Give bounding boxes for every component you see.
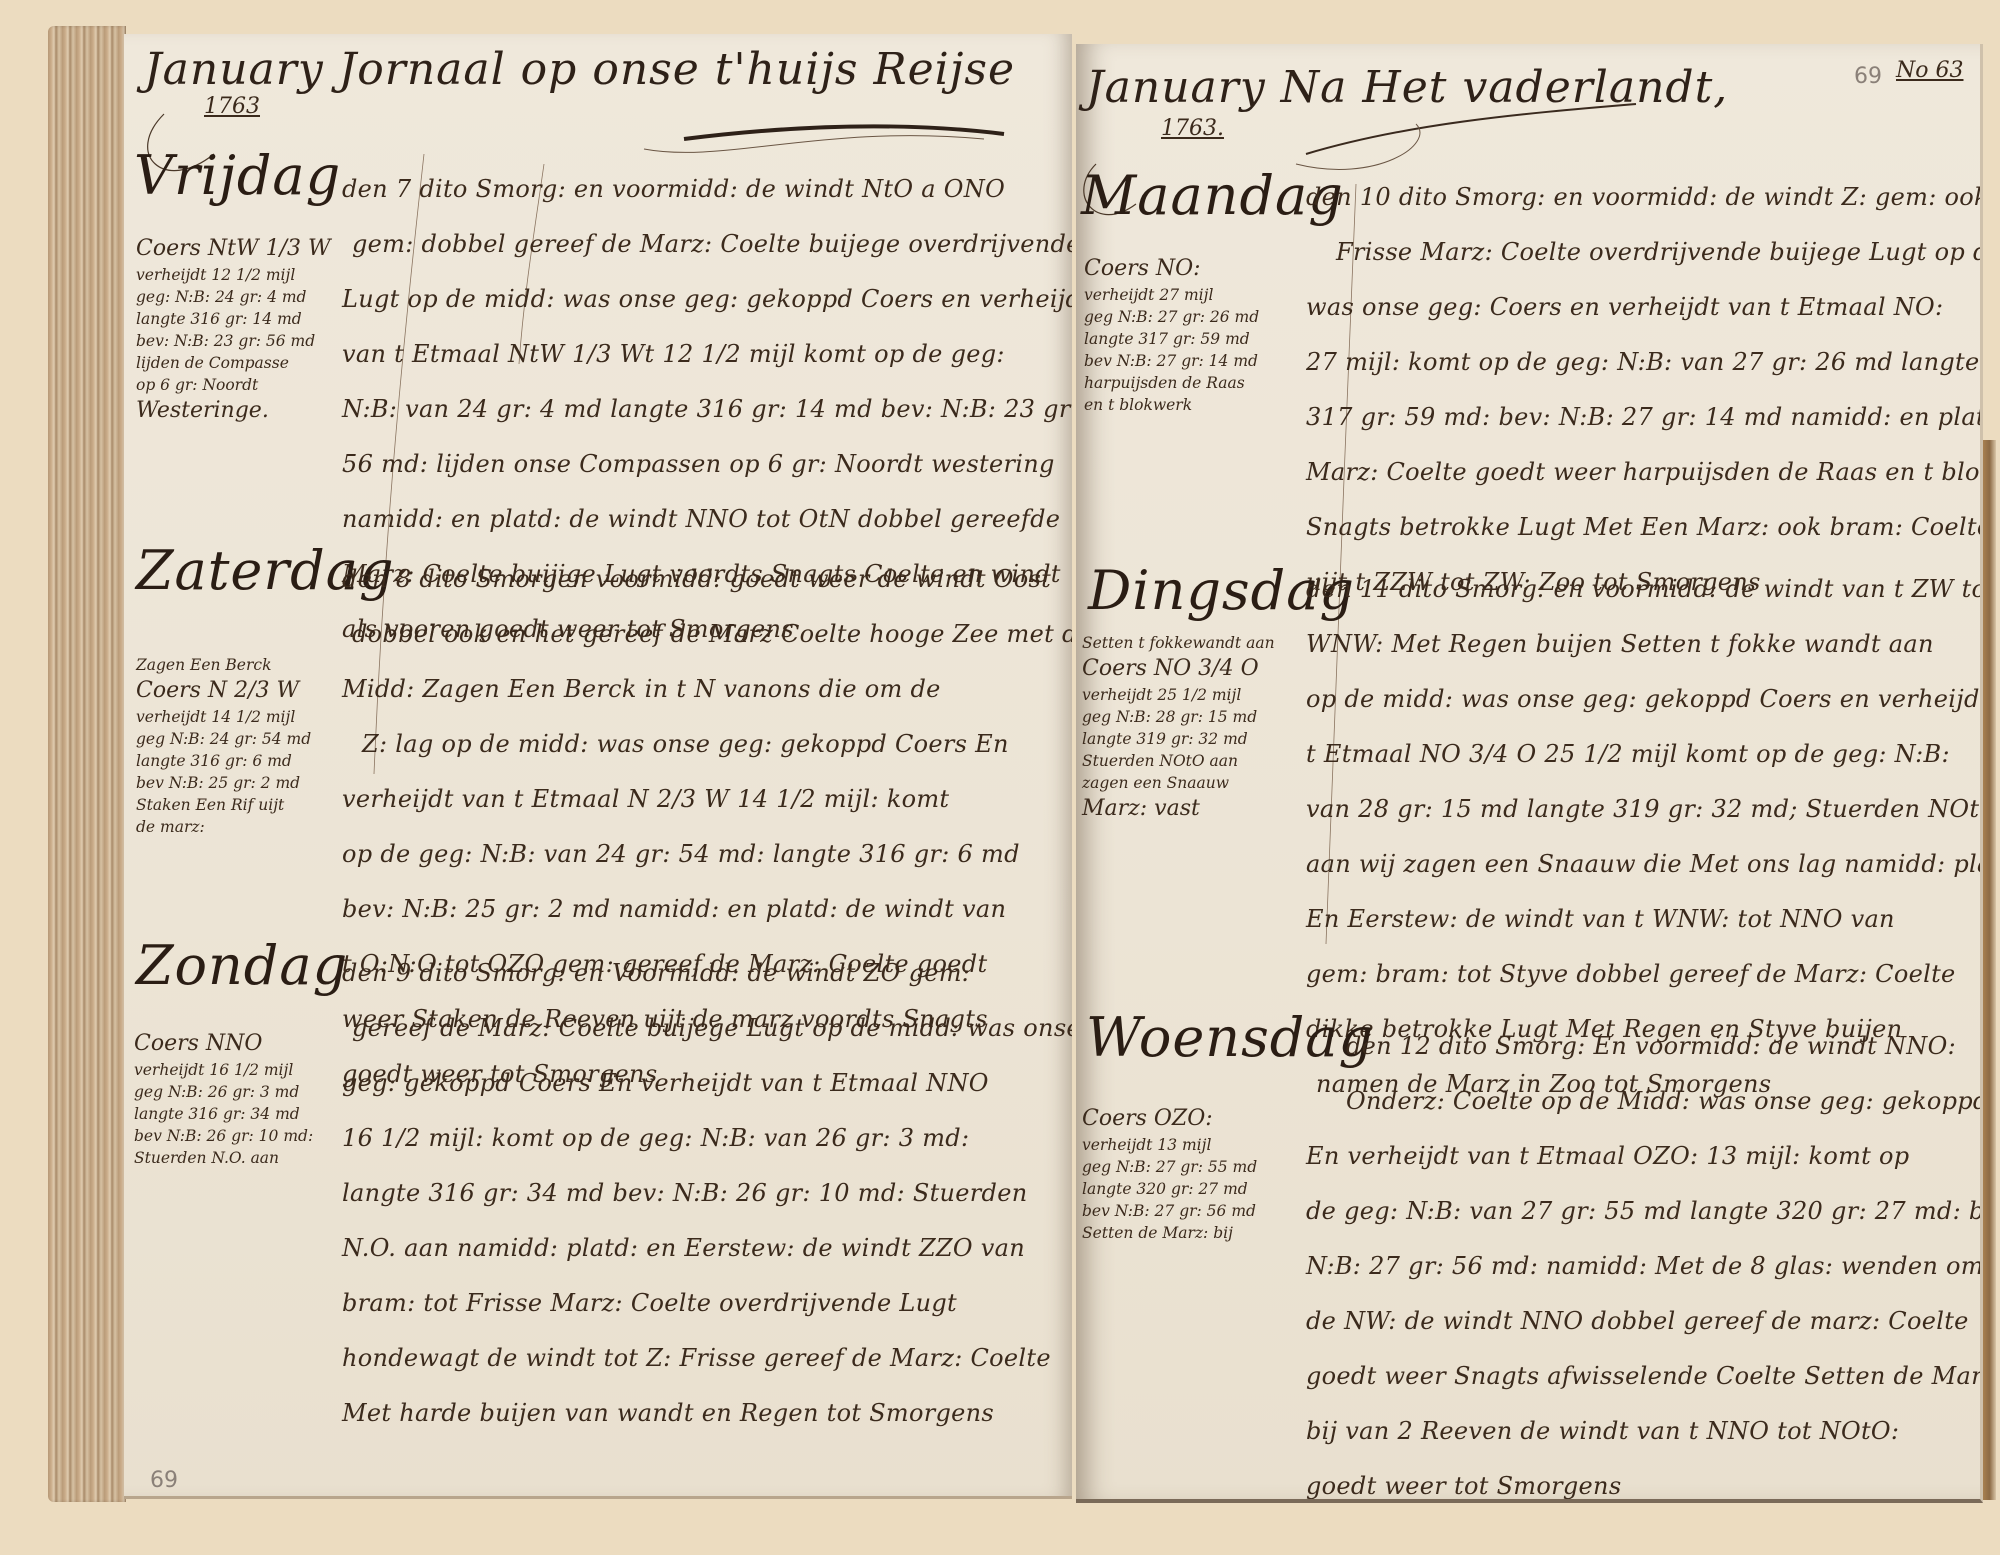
- journal-entry-zondag: den 9 dito Smorg: en Voormidd: de windt …: [342, 946, 1072, 1441]
- entry-line: N:B: 27 gr: 56 md: namidd: Met de 8 glas…: [1306, 1239, 1983, 1294]
- open-manuscript-book: January Jornaal op onse t'huijs Reijse 1…: [0, 0, 2000, 1555]
- day-heading-maandag: Maandag: [1081, 164, 1344, 227]
- margin-note-zaterdag: Zagen Een Berck Coers N 2/3 W verheijdt …: [136, 654, 311, 838]
- entry-line: goedt weer tot Smorgens: [1306, 1459, 1983, 1503]
- entry-line: En Eerstew: de windt van t WNW: tot NNO …: [1306, 892, 1983, 947]
- entry-line: den 9 dito Smorg: en Voormidd: de windt …: [342, 946, 1072, 1001]
- entry-line: bram: tot Frisse Marz: Coelte overdrijve…: [342, 1276, 1072, 1331]
- margin-note-vrijdag: Coers NtW 1/3 W verheijdt 12 1/2 mijl ge…: [136, 234, 331, 426]
- margin-line: Zagen Een Berck: [136, 654, 311, 676]
- page-title: January Na Het vaderlandt,: [1086, 62, 1728, 113]
- margin-note-woensdag: Coers OZO: verheijdt 13 mijl geg N:B: 27…: [1082, 1104, 1257, 1244]
- pencil-folio-number: 69: [1854, 64, 1882, 89]
- entry-line: Met harde buijen van wandt en Regen tot …: [342, 1386, 1072, 1441]
- margin-line: Coers NO:: [1084, 254, 1259, 284]
- margin-line: bev N:B: 25 gr: 2 md: [136, 772, 311, 794]
- margin-line: lijden de Compasse: [136, 352, 331, 374]
- page-title: January Jornaal op onse t'huijs Reijse: [144, 44, 1015, 95]
- margin-line: verheijdt 27 mijl: [1084, 284, 1259, 306]
- margin-line: Stuerden N.O. aan: [134, 1147, 313, 1169]
- entry-line: namidd: en platd: de windt NNO tot OtN d…: [342, 492, 1072, 547]
- entry-line: de NW: de windt NNO dobbel gereef de mar…: [1306, 1294, 1983, 1349]
- margin-line: verheijdt 12 1/2 mijl: [136, 264, 331, 286]
- entry-line: N.O. aan namidd: platd: en Eerstew: de w…: [342, 1221, 1072, 1276]
- entry-line: Onderz: Coelte op de Midd: was onse geg:…: [1346, 1074, 1983, 1129]
- margin-line: Westeringe.: [136, 396, 331, 426]
- margin-line: verheijdt 16 1/2 mijl: [134, 1059, 313, 1081]
- entry-line: Midd: Zagen Een Berck in t N vanons die …: [342, 662, 1072, 717]
- margin-line: langte 320 gr: 27 md: [1082, 1178, 1257, 1200]
- entry-line: N:B: van 24 gr: 4 md langte 316 gr: 14 m…: [342, 382, 1072, 437]
- right-page: January Na Het vaderlandt, 1763. 69 No 6…: [1076, 44, 1983, 1503]
- entry-line: gereef de Marz: Coelte buijege Lugt op d…: [352, 1001, 1072, 1056]
- margin-line: Coers NO 3/4 O: [1082, 654, 1275, 684]
- entry-line: t Etmaal NO 3/4 O 25 1/2 mijl komt op de…: [1306, 727, 1983, 782]
- entry-line: de geg: N:B: van 27 gr: 55 md langte 320…: [1306, 1184, 1983, 1239]
- entry-line: bev: N:B: 25 gr: 2 md namidd: en platd: …: [342, 882, 1072, 937]
- margin-line: Coers NNO: [134, 1029, 313, 1059]
- folio-number: No 63: [1896, 58, 1963, 83]
- entry-line: bij van 2 Reeven de windt van t NNO tot …: [1306, 1404, 1983, 1459]
- year: 1763.: [1161, 116, 1224, 141]
- margin-line: bev N:B: 26 gr: 10 md:: [134, 1125, 313, 1147]
- day-heading-vrijdag: Vrijdag: [134, 144, 341, 207]
- entry-line: op de geg: N:B: van 24 gr: 54 md: langte…: [342, 827, 1072, 882]
- margin-line: langte 319 gr: 32 md: [1082, 728, 1275, 750]
- margin-line: geg N:B: 26 gr: 3 md: [134, 1081, 313, 1103]
- entry-line: Z: lag op de midd: was onse geg: gekoppd…: [362, 717, 1072, 772]
- entry-line: den 12 dito Smorg: En voormidd: de windt…: [1346, 1019, 1983, 1074]
- margin-line: verheijdt 25 1/2 mijl: [1082, 684, 1275, 706]
- margin-line: bev N:B: 27 gr: 56 md: [1082, 1200, 1257, 1222]
- entry-line: was onse geg: Coers en verheijdt van t E…: [1306, 280, 1983, 335]
- entry-line: den 8 dito Smorgen voormidd: goedt weer …: [342, 552, 1072, 607]
- margin-line: Setten t fokkewandt aan: [1082, 632, 1275, 654]
- page-stack-edge: [48, 26, 126, 1502]
- entry-line: langte 316 gr: 34 md bev: N:B: 26 gr: 10…: [342, 1166, 1072, 1221]
- entry-line: 27 mijl: komt op de geg: N:B: van 27 gr:…: [1306, 335, 1983, 390]
- margin-line: langte 317 gr: 59 md: [1084, 328, 1259, 350]
- margin-line: Coers OZO:: [1082, 1104, 1257, 1134]
- margin-line: langte 316 gr: 14 md: [136, 308, 331, 330]
- entry-line: van 28 gr: 15 md langte 319 gr: 32 md; S…: [1306, 782, 1983, 837]
- margin-line: geg N:B: 24 gr: 54 md: [136, 728, 311, 750]
- entry-line: WNW: Met Regen buijen Setten t fokke wan…: [1306, 617, 1983, 672]
- journal-entry-woensdag: den 12 dito Smorg: En voormidd: de windt…: [1306, 1019, 1983, 1503]
- margin-line: harpuijsden de Raas: [1084, 372, 1259, 394]
- entry-line: 317 gr: 59 md: bev: N:B: 27 gr: 14 md na…: [1306, 390, 1983, 445]
- entry-line: Marz: Coelte goedt weer harpuijsden de R…: [1306, 445, 1983, 500]
- margin-line: Setten de Marz: bij: [1082, 1222, 1257, 1244]
- margin-note-zondag: Coers NNO verheijdt 16 1/2 mijl geg N:B:…: [134, 1029, 313, 1169]
- margin-line: Marz: vast: [1082, 794, 1275, 824]
- margin-line: langte 316 gr: 34 md: [134, 1103, 313, 1125]
- left-page: January Jornaal op onse t'huijs Reijse 1…: [124, 34, 1072, 1499]
- margin-line: Coers NtW 1/3 W: [136, 234, 331, 264]
- entry-line: Snagts betrokke Lugt Met Een Marz: ook b…: [1306, 500, 1983, 555]
- margin-line: op 6 gr: Noordt: [136, 374, 331, 396]
- entry-line: Frisse Marz: Coelte overdrijvende buijeg…: [1336, 225, 1983, 280]
- margin-line: Coers N 2/3 W: [136, 676, 311, 706]
- entry-line: den 7 dito Smorg: en voormidd: de windt …: [342, 162, 1072, 217]
- margin-line: verheijdt 13 mijl: [1082, 1134, 1257, 1156]
- entry-line: aan wij zagen een Snaauw die Met ons lag…: [1306, 837, 1983, 892]
- entry-line: 16 1/2 mijl: komt op de geg: N:B: van 26…: [342, 1111, 1072, 1166]
- entry-line: den 10 dito Smorg: en voormidd: de windt…: [1306, 170, 1983, 225]
- entry-line: Lugt op de midd: was onse geg: gekoppd C…: [342, 272, 1072, 327]
- entry-line: gem: bram: tot Styve dobbel gereef de Ma…: [1306, 947, 1983, 1002]
- margin-line: bev: N:B: 23 gr: 56 md: [136, 330, 331, 352]
- entry-line: van t Etmaal NtW 1/3 Wt 12 1/2 mijl komt…: [342, 327, 1072, 382]
- entry-line: 56 md: lijden onse Compassen op 6 gr: No…: [342, 437, 1072, 492]
- entry-line: op de midd: was onse geg: gekoppd Coers …: [1306, 672, 1983, 727]
- entry-line: En verheijdt van t Etmaal OZO: 13 mijl: …: [1306, 1129, 1983, 1184]
- margin-line: geg N:B: 27 gr: 55 md: [1082, 1156, 1257, 1178]
- margin-line: geg N:B: 27 gr: 26 md: [1084, 306, 1259, 328]
- entry-line: geg: gekoppd Coers En verheijdt van t Et…: [342, 1056, 1072, 1111]
- pencil-page-number: 69: [150, 1468, 178, 1493]
- margin-line: Stuerden NOtO aan: [1082, 750, 1275, 772]
- entry-line: goedt weer Snagts afwisselende Coelte Se…: [1306, 1349, 1983, 1404]
- margin-line: de marz:: [136, 816, 311, 838]
- year: 1763: [204, 94, 260, 119]
- margin-line: en t blokwerk: [1084, 394, 1259, 416]
- margin-line: bev N:B: 27 gr: 14 md: [1084, 350, 1259, 372]
- margin-note-dingsdag: Setten t fokkewandt aan Coers NO 3/4 O v…: [1082, 632, 1275, 824]
- margin-line: Staken Een Rif uijt: [136, 794, 311, 816]
- margin-line: zagen een Snaauw: [1082, 772, 1275, 794]
- margin-line: verheijdt 14 1/2 mijl: [136, 706, 311, 728]
- entry-line: gem: dobbel gereef de Marz: Coelte buije…: [352, 217, 1072, 272]
- margin-note-maandag: Coers NO: verheijdt 27 mijl geg N:B: 27 …: [1084, 254, 1259, 416]
- entry-line: verheijdt van t Etmaal N 2/3 W 14 1/2 mi…: [342, 772, 1072, 827]
- margin-line: langte 316 gr: 6 md: [136, 750, 311, 772]
- entry-line: dobbel ook en het gereef de Marz Coelte …: [352, 607, 1072, 662]
- journal-entry-maandag: den 10 dito Smorg: en voormidd: de windt…: [1306, 170, 1983, 610]
- day-heading-zondag: Zondag: [136, 934, 348, 997]
- margin-line: geg N:B: 28 gr: 15 md: [1082, 706, 1275, 728]
- entry-line: den 11 dito Smorg: en voormidd: de windt…: [1306, 562, 1983, 617]
- entry-line: hondewagt de windt tot Z: Frisse gereef …: [342, 1331, 1072, 1386]
- margin-line: geg: N:B: 24 gr: 4 md: [136, 286, 331, 308]
